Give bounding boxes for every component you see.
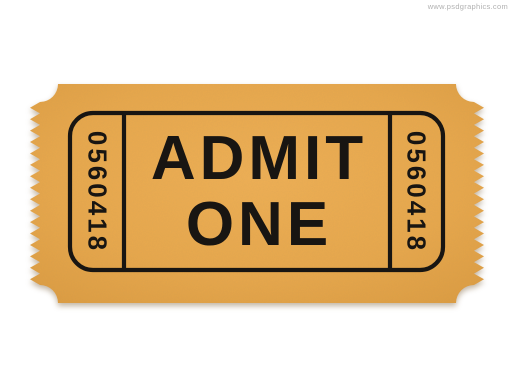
serial-number-left: 0560418 — [82, 131, 113, 253]
ticket-text-line1: ADMIT — [147, 126, 367, 192]
ticket-text-line2: ONE — [182, 192, 332, 258]
ticket-main-text: ADMIT ONE — [124, 113, 390, 270]
serial-number-right: 0560418 — [401, 131, 432, 253]
canvas: www.psdgraphics.com 0560418 ADMIT ONE — [0, 0, 512, 384]
